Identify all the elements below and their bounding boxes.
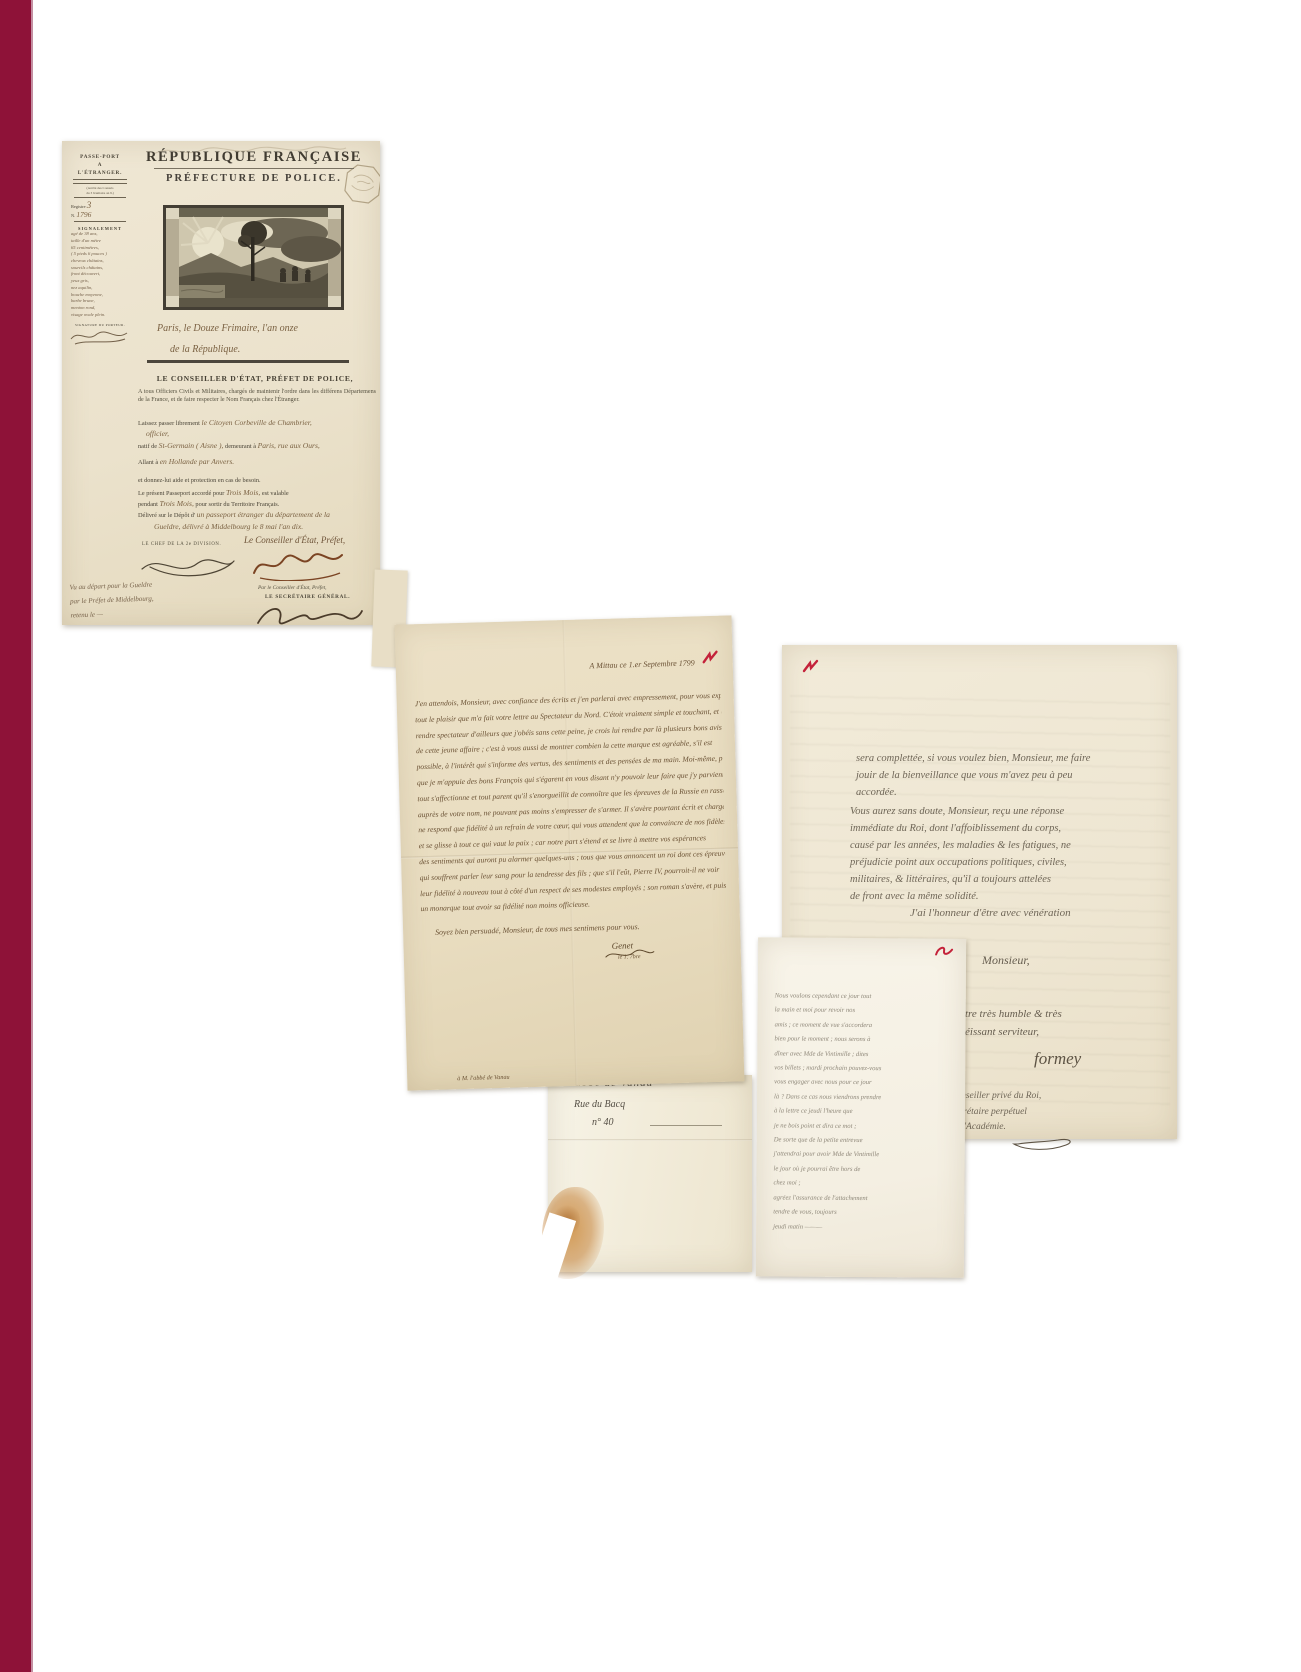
letter-a-signature-flourish — [604, 948, 656, 961]
passport-heading: LE CONSEILLER D'ÉTAT, PRÉFET DE POLICE, — [134, 374, 376, 383]
letter-a-closing: Soyez bien persuadé, Monsieur, de tous m… — [435, 922, 640, 937]
passport-body-line: Gueldre, délivré à Middelbourg le 8 mai … — [154, 522, 303, 531]
text-line: chez moi ; — [773, 1177, 955, 1193]
arrete-note: du 3 brumaire an 9.) — [68, 191, 132, 196]
print-text: Allant à — [138, 459, 158, 466]
script-text: officier, — [146, 429, 169, 438]
text-line: yeux gris, — [68, 278, 132, 285]
text-line: menton rond, — [68, 305, 132, 312]
print-text: Le présent Passeport accordé pour — [138, 490, 224, 497]
text-line: sera complettée, si vous voulez bien, Mo… — [856, 750, 1090, 767]
text-line: amis ; ce moment de vue s'accordera — [775, 1018, 957, 1034]
text-line: ( 5 pieds 6 pouces ) — [68, 251, 132, 258]
script-text: Trois Mois, — [226, 488, 260, 497]
rule — [73, 179, 127, 184]
text-line: causé par les années, les maladies & les… — [850, 837, 1071, 854]
text-line: taille d'un mètre — [68, 238, 132, 245]
text-line: retenu le — — [70, 606, 154, 623]
print-text: natif de — [138, 443, 157, 450]
numero-value: 1796 — [76, 210, 91, 219]
text-line: nez aquilin, — [68, 285, 132, 292]
print-text: et donnez-lui aide et protection en cas … — [138, 477, 261, 484]
passport-type-label: A — [68, 161, 132, 169]
text-line: je ne bois point et dira ce mot ; — [774, 1119, 956, 1135]
print-text: Laissez passer librement — [138, 420, 200, 427]
secretaire-general-label: LE SECRÉTAIRE GÉNÉRAL. — [265, 594, 350, 600]
conseiller-script-line: Le Conseiller d'État, Préfet, — [244, 535, 345, 545]
text-line: vous engager avec nous pour ce jour — [774, 1076, 956, 1092]
passport-subtitle: PRÉFECTURE DE POLICE. — [134, 173, 374, 184]
script-text: Trois Mois, — [160, 499, 194, 508]
text-line: par le Préfet de Middelbourg, — [70, 592, 154, 609]
passport-type-label: L'ÉTRANGER. — [68, 169, 132, 177]
collation-mark-icon — [802, 659, 819, 674]
text-line: jeudi matin ——— — [773, 1220, 955, 1236]
address-line: Rue du Bacq — [574, 1099, 625, 1110]
script-text: le Citoyen Corbeville de Chambrier, — [201, 418, 311, 427]
rule — [154, 168, 354, 169]
passport-margin-column: PASSE-PORT A L'ÉTRANGER. (Arrêté des Con… — [68, 153, 132, 352]
text-line: jouir de la bienveillance que vous m'ave… — [856, 767, 1090, 784]
passport-document: PASSE-PORT A L'ÉTRANGER. (Arrêté des Con… — [62, 141, 380, 625]
letter-b-valediction: Votre très humble & trèsobéissant servit… — [954, 1005, 1062, 1041]
text-line: tendre de vous, toujours — [773, 1205, 955, 1221]
catalog-page: PASSE-PORT A L'ÉTRANGER. (Arrêté des Con… — [0, 0, 1301, 1672]
text-line: à la lettre ce jeudi l'heure que — [774, 1105, 956, 1121]
script-text: Gueldre, délivré à Middelbourg le 8 mai … — [154, 522, 303, 531]
pen-stroke — [650, 1125, 722, 1126]
rule — [74, 197, 126, 198]
text-line: immédiate du Roi, dont l'affoiblissement… — [850, 820, 1071, 837]
address-line: n° 40 — [592, 1117, 614, 1128]
passport-title: RÉPUBLIQUE FRANÇAISE — [134, 149, 374, 166]
registre-value: 3 — [87, 200, 92, 210]
letter-b-salutation: Monsieur, — [982, 953, 1030, 968]
address-leaf: l'abbé de Vanau Rue du Bacq n° 40 — [548, 1075, 752, 1272]
bearer-signature — [69, 327, 131, 347]
letter-b-signature: formey — [1034, 1049, 1081, 1069]
prefect-signature — [250, 547, 346, 581]
page-accent-bar — [0, 0, 33, 1672]
thick-rule — [147, 360, 349, 363]
letter-b-paragraph: Vous aurez sans doute, Monsieur, reçu un… — [850, 803, 1071, 905]
print-text: pour sortir du Territoire Français. — [195, 501, 279, 508]
text-line: agé de 38 ans, — [68, 231, 132, 238]
letter-a-dateline: A Mittau ce 1.er Septembre 1799 — [589, 658, 695, 670]
embossed-stamp-icon — [343, 163, 380, 206]
par-conseiller-label: Par le Conseiller d'État, Préfet, — [258, 585, 327, 591]
script-text: en Hollande par Anvers. — [160, 457, 235, 466]
print-text: Délivré sur le Dépôt d' — [138, 512, 195, 519]
chef-division-label: LE CHEF DE LA 2e DIVISION. — [142, 542, 221, 547]
script-text: un passeport étranger du département de … — [197, 510, 330, 519]
letter-mittau-1799: A Mittau ce 1.er Septembre 1799 J'en att… — [395, 615, 745, 1090]
text-line: sourcils châtains, — [68, 265, 132, 272]
visa-annotation: Vu au départ pour la Gueldrepar le Préfe… — [69, 578, 154, 623]
text-line: bouche moyenne, — [68, 292, 132, 299]
letter-a-body: J'en attendois, Monsieur, avec confiance… — [415, 688, 727, 918]
passport-body-line: Laissez passer librement le Citoyen Corb… — [138, 418, 312, 427]
script-text: St-Germain ( Aisne ), — [159, 441, 224, 450]
print-text: est valable — [262, 490, 289, 497]
letter-b-signature-flourish — [1010, 1137, 1080, 1151]
numero-label: N. — [71, 213, 75, 218]
passport-body-line: natif de St-Germain ( Aisne ), demeurant… — [138, 441, 320, 450]
collation-mark-icon — [934, 945, 954, 960]
passport-type-label: PASSE-PORT — [68, 153, 132, 161]
passport-preamble: A tous Officiers Civils et Militaires, c… — [138, 388, 376, 404]
text-line: le jour où je pourrai être hors de — [774, 1162, 956, 1178]
letter-c-body: Nous voulons cependant ce jour toutla ma… — [773, 989, 957, 1235]
text-line: la main et moi pour revoir nos — [775, 1004, 957, 1020]
text-line: vos billets ; mardi prochain pouvez-vous — [774, 1061, 956, 1077]
letter-b-closing: J'ai l'honneur d'être avec vénération — [910, 907, 1071, 919]
print-text: demeurant à — [225, 443, 256, 450]
letter-b-paragraph: sera complettée, si vous voulez bien, Mo… — [856, 750, 1090, 801]
letter-pencil-note: Nous voulons cependant ce jour toutla ma… — [756, 937, 966, 1277]
passport-body-line: pendant Trois Mois, pour sortir du Terri… — [138, 499, 279, 508]
script-text: Paris, rue aux Ours, — [258, 441, 320, 450]
text-line: là ? Dans ce cas nous viendrons prendre — [774, 1090, 956, 1106]
text-line: accordée. — [856, 784, 1090, 801]
text-line: j'attendrai pour avoir Mde de Vintimille — [774, 1148, 956, 1164]
text-line: préjudicie point aux occupations politiq… — [850, 854, 1071, 871]
text-line: De sorte que de la petite entrevue — [774, 1133, 956, 1149]
text-line: agréez l'assurance de l'attachement — [773, 1191, 955, 1207]
passport-dateline: de la République. — [170, 344, 240, 355]
text-line: militaires, & littéraires, qu'il a toujo… — [850, 871, 1071, 888]
rule — [74, 221, 126, 222]
text-line: Nous voulons cependant ce jour tout — [775, 989, 957, 1005]
text-line: Vous aurez sans doute, Monsieur, reçu un… — [850, 803, 1071, 820]
signalement-entries: agé de 38 ans,taille d'un mètre65 centim… — [68, 231, 132, 318]
passport-dateline: Paris, le Douze Frimaire, l'an onze — [157, 323, 298, 334]
secretary-signature — [254, 603, 366, 625]
engraved-vignette — [163, 205, 344, 310]
passport-body-line: Allant à en Hollande par Anvers. — [138, 457, 234, 466]
text-line: obéissant serviteur, — [954, 1023, 1062, 1041]
registre-field: Registre 3 — [68, 200, 132, 210]
passport-body-line: Délivré sur le Dépôt d' un passeport étr… — [138, 510, 330, 519]
passport-body-line: Le présent Passeport accordé pour Trois … — [138, 488, 289, 497]
text-line: 65 centimètres, — [68, 245, 132, 252]
collation-mark-icon — [701, 650, 718, 665]
text-line: de front avec la même solidité. — [850, 888, 1071, 905]
text-line: Votre très humble & très — [954, 1005, 1062, 1023]
print-text: pendant — [138, 501, 158, 508]
passport-body-line: officier, — [146, 429, 169, 438]
passport-body-line: et donnez-lui aide et protection en cas … — [138, 477, 261, 484]
chef-division-signature — [138, 551, 238, 579]
text-line: dîner avec Mde de Vintimille ; dites — [774, 1047, 956, 1063]
numero-field: N. 1796 — [68, 210, 132, 219]
text-line: bien pour le moment ; nous serons à — [774, 1033, 956, 1049]
text-line: visage ovale plein. — [68, 312, 132, 319]
registre-label: Registre — [71, 204, 86, 209]
letter-a-docket: à M. l'abbé de Vanau — [457, 1074, 510, 1082]
text-line: barbe brune, — [68, 298, 132, 305]
text-line: cheveux châtains, — [68, 258, 132, 265]
text-line: front découvert, — [68, 271, 132, 278]
fold-crease — [548, 1139, 752, 1141]
